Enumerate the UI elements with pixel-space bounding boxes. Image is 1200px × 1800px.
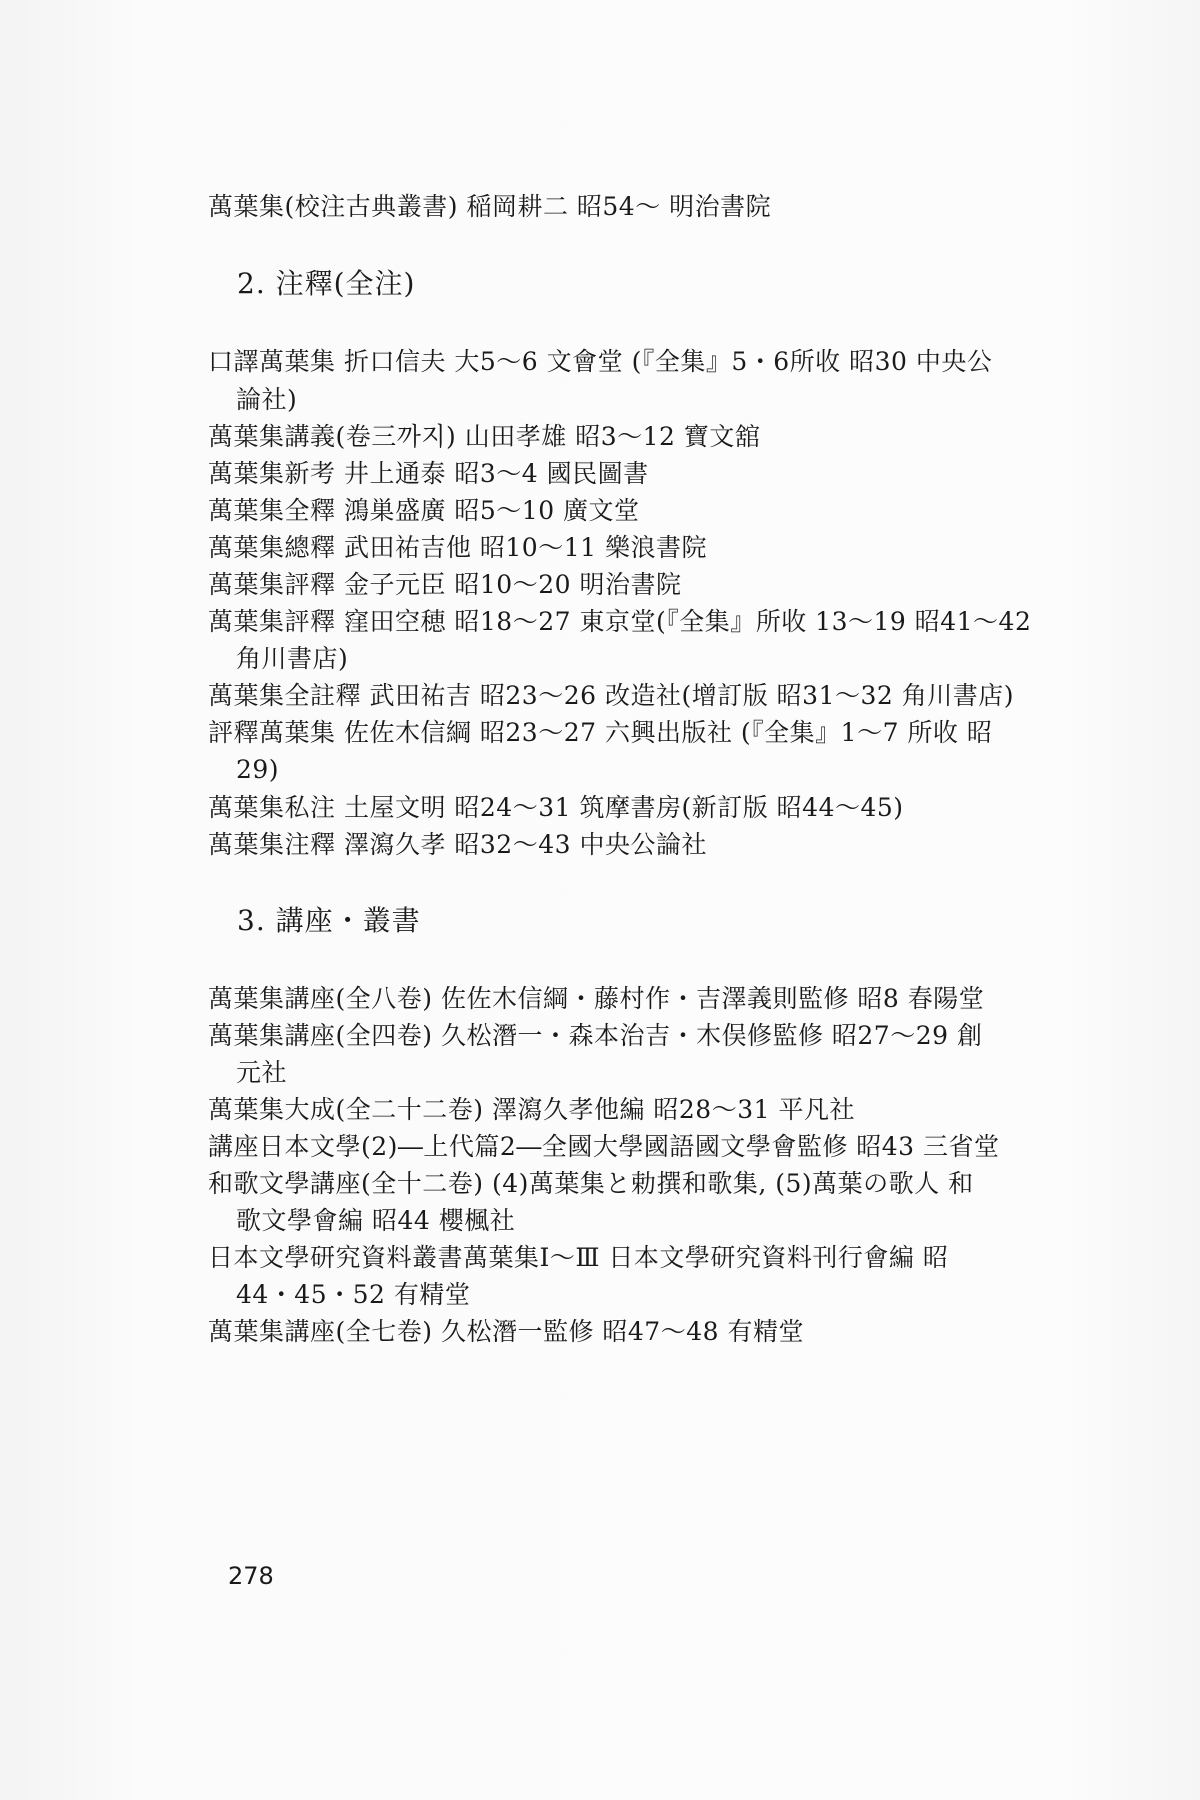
bibliography-entry: 萬葉集講座(全八卷) 佐佐木信綱・藤村作・吉澤義則監修 昭8 春陽堂 <box>208 984 984 1014</box>
bibliography-entry: 講座日本文學(2)―上代篇2―全國大學國語國文學會監修 昭43 三省堂 <box>208 1132 1000 1162</box>
bibliography-entry-continuation: 元社 <box>236 1058 287 1088</box>
bibliography-entry-continuation: 歌文學會編 昭44 櫻楓社 <box>236 1206 515 1236</box>
bibliography-entry: 萬葉集新考 井上通泰 昭3～4 國民圖書 <box>208 459 649 489</box>
bibliography-entry-continuation: 角川書店) <box>236 644 348 674</box>
bibliography-entry-continuation: 論社) <box>236 385 297 415</box>
bibliography-entry: 萬葉集(校注古典叢書) 稲岡耕二 昭54～ 明治書院 <box>208 192 771 222</box>
bibliography-entry: 萬葉集注釋 澤瀉久孝 昭32～43 中央公論社 <box>208 830 707 860</box>
bibliography-entry: 萬葉集講座(全四卷) 久松潛一・森本治吉・木俣修監修 昭27～29 創 <box>208 1021 982 1051</box>
bibliography-entry: 萬葉集總釋 武田祐吉他 昭10～11 樂浪書院 <box>208 533 707 563</box>
bibliography-entry: 和歌文學講座(全十二卷) (4)萬葉集と勅撰和歌集, (5)萬葉の歌人 和 <box>208 1169 974 1199</box>
book-page: 萬葉集(校注古典叢書) 稲岡耕二 昭54～ 明治書院 2. 注釋(全注) 口譯萬… <box>0 0 1200 1800</box>
bibliography-entry: 口譯萬葉集 折口信夫 大5～6 文會堂 (『全集』5・6所收 昭30 中央公 <box>208 347 992 377</box>
page-number: 278 <box>228 1562 274 1590</box>
bibliography-entry: 萬葉集講座(全七卷) 久松潛一監修 昭47～48 有精堂 <box>208 1317 804 1347</box>
bibliography-entry: 萬葉集全釋 鴻巣盛廣 昭5～10 廣文堂 <box>208 496 640 526</box>
bibliography-entry: 萬葉集評釋 窪田空穂 昭18～27 東京堂(『全集』所收 13～19 昭41～4… <box>208 607 1031 637</box>
bibliography-entry: 萬葉集講義(卷三까지) 山田孝雄 昭3～12 寶文舘 <box>208 422 760 452</box>
bibliography-entry-continuation: 44・45・52 有精堂 <box>236 1280 470 1310</box>
section-heading-lectures-series: 3. 講座・叢書 <box>237 905 421 937</box>
bibliography-entry-continuation: 29) <box>236 755 279 785</box>
bibliography-entry: 萬葉集私注 土屋文明 昭24～31 筑摩書房(新訂版 昭44～45) <box>208 793 904 823</box>
bibliography-entry: 萬葉集大成(全二十二卷) 澤瀉久孝他編 昭28～31 平凡社 <box>208 1095 855 1125</box>
bibliography-entry: 日本文學研究資料叢書萬葉集Ⅰ～Ⅲ 日本文學研究資料刊行會編 昭 <box>208 1243 948 1273</box>
bibliography-entry: 評釋萬葉集 佐佐木信綱 昭23～27 六興出版社 (『全集』1～7 所收 昭 <box>208 718 992 748</box>
section-heading-annotations: 2. 注釋(全注) <box>237 268 415 300</box>
bibliography-entry: 萬葉集全註釋 武田祐吉 昭23～26 改造社(增訂版 昭31～32 角川書店) <box>208 681 1014 711</box>
bibliography-entry: 萬葉集評釋 金子元臣 昭10～20 明治書院 <box>208 570 681 600</box>
